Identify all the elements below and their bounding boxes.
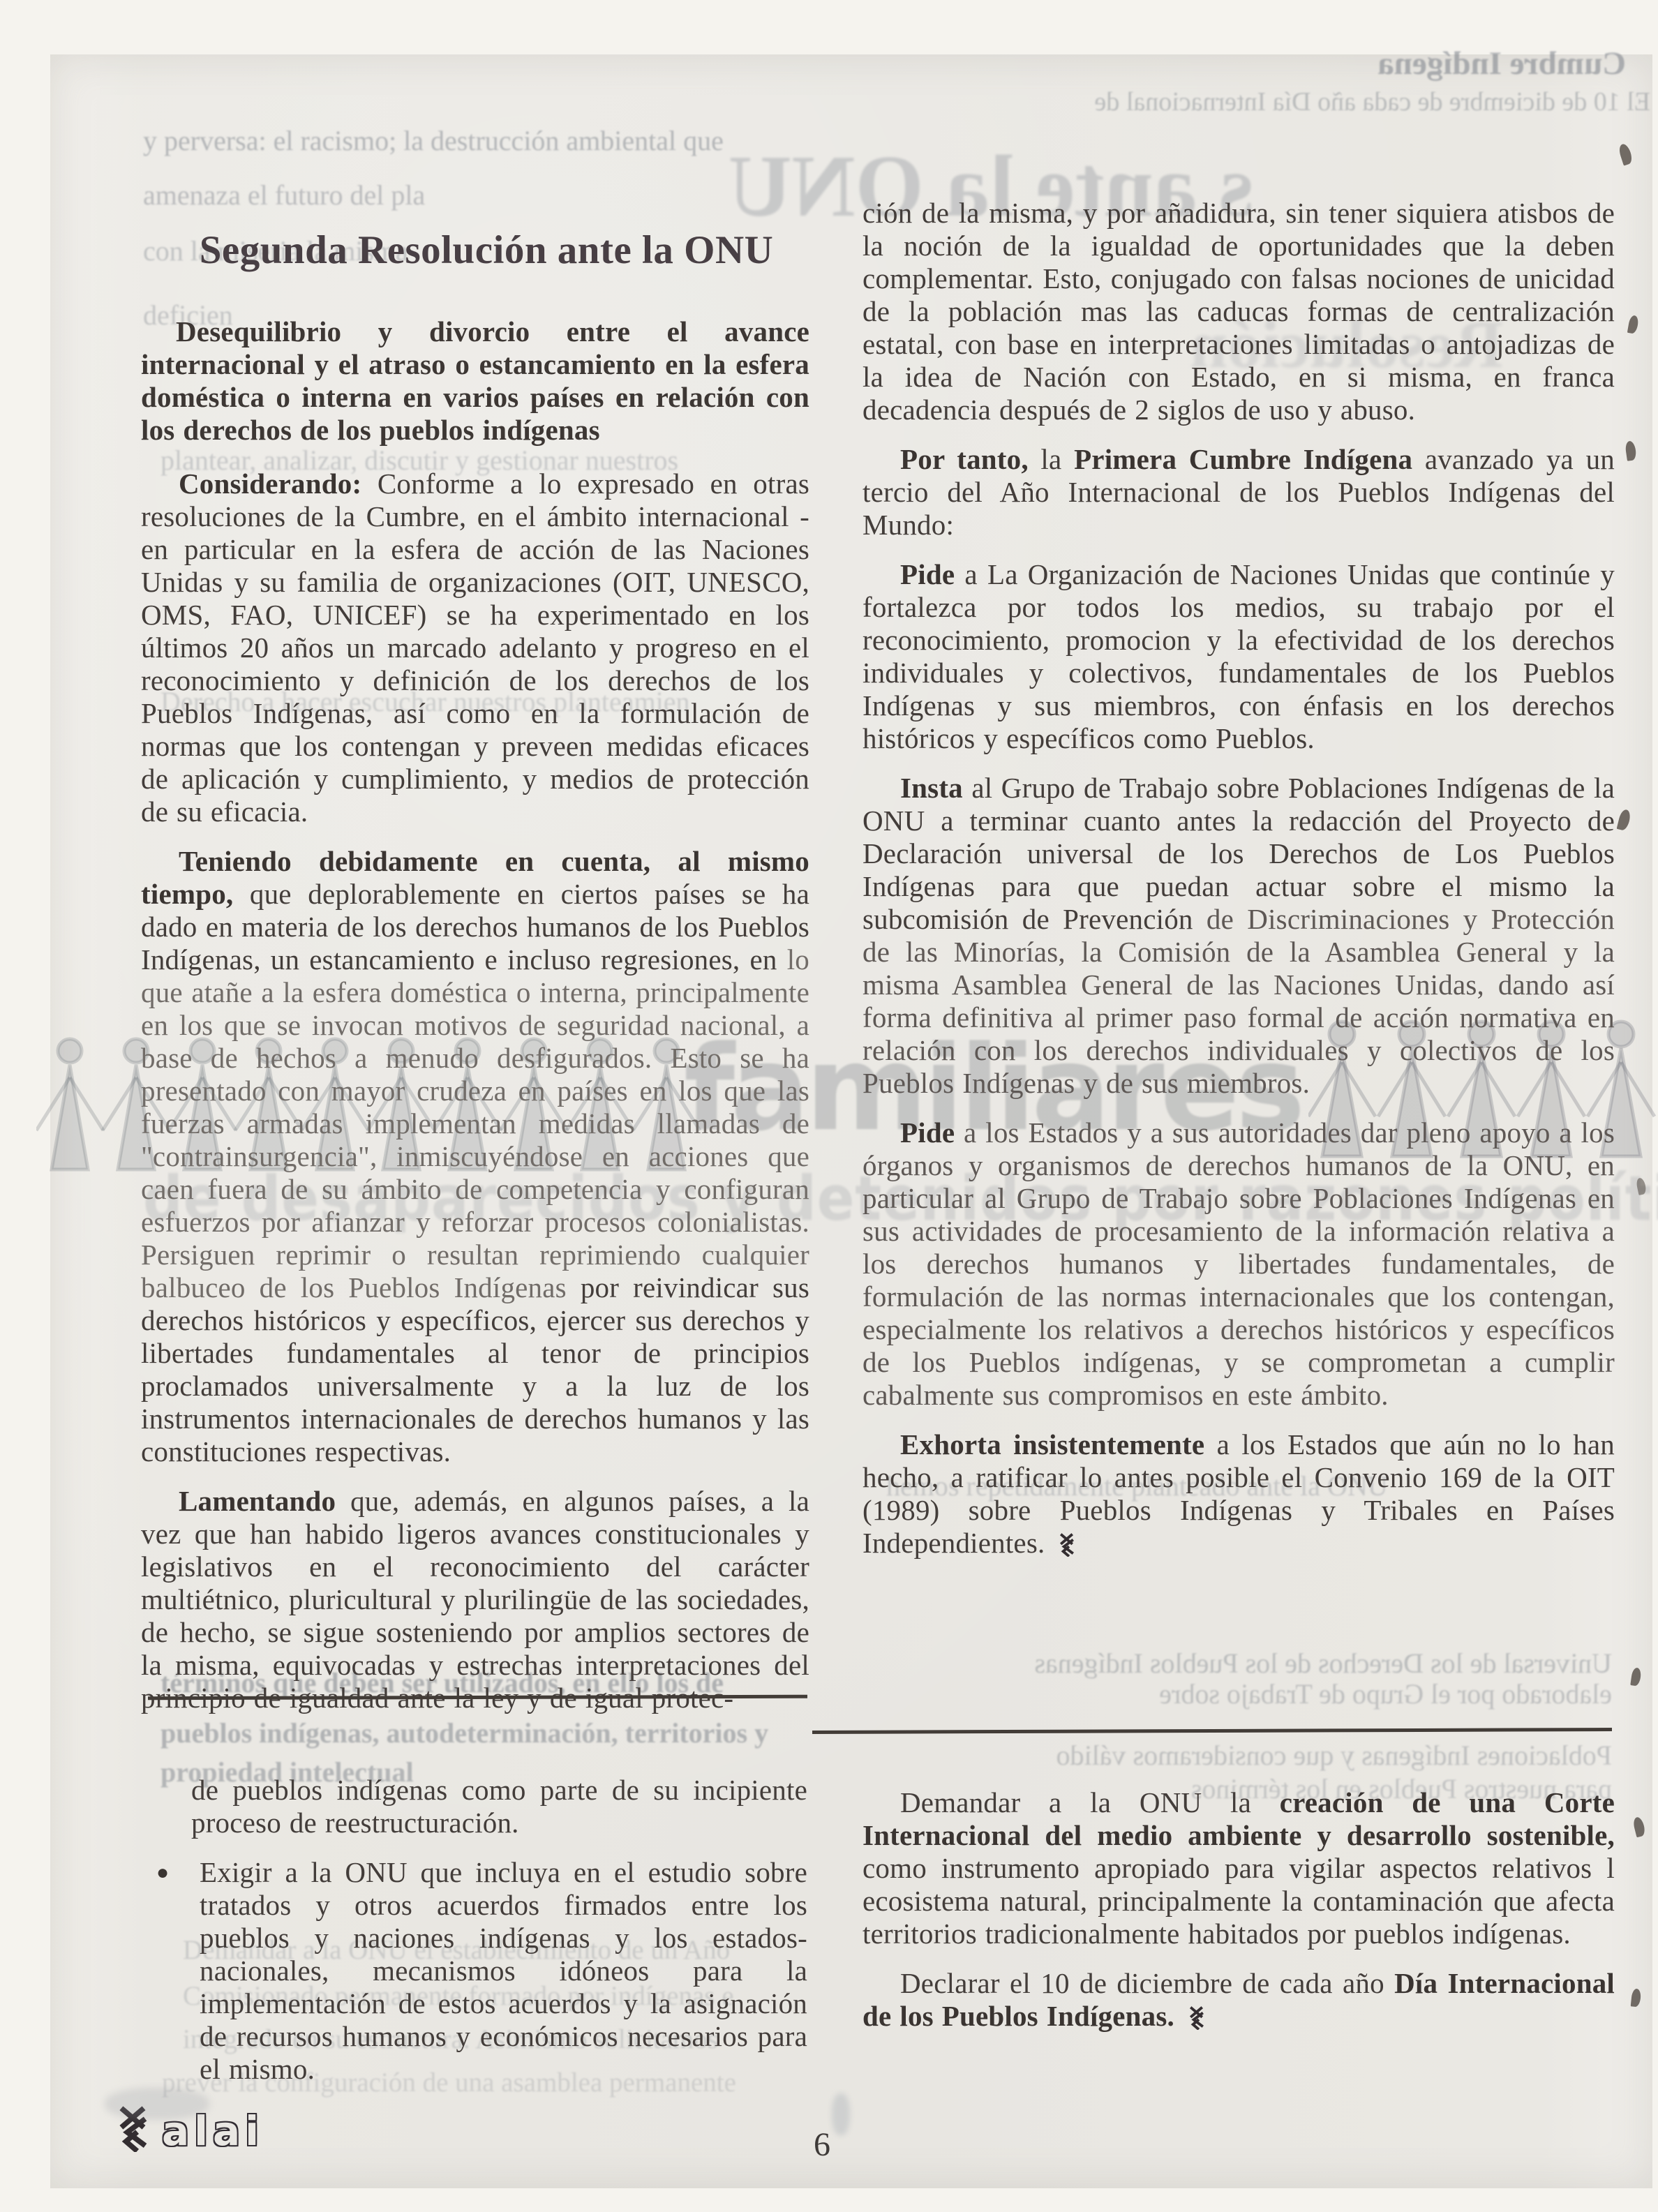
- right-column-bottom: Demandar a la ONU la creación de una Cor…: [862, 1786, 1615, 2049]
- text-segment: Declarar el 10 de diciembre de cada año: [900, 1967, 1394, 1999]
- article-title: Segunda Resolución ante la ONU: [141, 227, 832, 273]
- text-segment: que deplorablemente en ciertos países se…: [141, 878, 809, 976]
- paragraph: Pide a los Estados y a sus autoridades d…: [862, 1116, 1615, 1412]
- text-segment: ción de la misma, y por añadidura, sin t…: [862, 197, 1615, 426]
- alai-bird-icon: [1054, 1533, 1078, 1557]
- paragraph: Exhorta insistentemente a los Estados qu…: [862, 1428, 1615, 1560]
- scanned-document-page: y perversa: el racismo; la destrucción a…: [0, 0, 1658, 2212]
- paragraph: Demandar a la ONU la creación de una Cor…: [862, 1786, 1615, 1950]
- text-segment: Pide: [900, 558, 955, 590]
- text-segment: Conforme a lo expresado en otras resoluc…: [141, 468, 809, 828]
- text-segment: Pide: [900, 1116, 955, 1149]
- bleedthrough-line: El 10 de diciembre de cada año Día Inter…: [876, 87, 1650, 117]
- text-segment: Considerando:: [179, 468, 361, 500]
- left-column: Desequilibrio y divorcio entre el avance…: [141, 315, 809, 1731]
- page-number: 6: [814, 2125, 830, 2164]
- text-segment: Insta: [900, 772, 963, 804]
- text-segment: de pueblos indígenas como parte de su in…: [191, 1774, 807, 1839]
- ink-smudge: [832, 2093, 850, 2135]
- paragraph: Insta al Grupo de Trabajo sobre Poblacio…: [862, 772, 1615, 1100]
- text-segment: que, además, en algunos países, a la vez…: [141, 1485, 809, 1714]
- text-segment: Exhorta insistentemente: [900, 1428, 1204, 1460]
- text-segment: Exigir a la ONU que incluya en el estudi…: [200, 1856, 807, 2085]
- bleedthrough-line: elaborado por el Grupo de Trabajo sobre: [872, 1677, 1612, 1710]
- text-segment: Primera Cumbre Indígena: [1074, 443, 1412, 475]
- left-column-body: Considerando: Conforme a lo expresado en…: [141, 468, 809, 1714]
- paragraph: Declarar el 10 de diciembre de cada año …: [862, 1967, 1615, 2033]
- paragraph: Teniendo debidamente en cuenta, al mismo…: [141, 845, 809, 1468]
- paragraph: ción de la misma, y por añadidura, sin t…: [862, 197, 1615, 426]
- text-segment: la: [1029, 443, 1074, 475]
- paragraph: de pueblos indígenas como parte de su in…: [191, 1774, 807, 1839]
- article-subtitle: Desequilibrio y divorcio entre el avance…: [141, 315, 809, 447]
- left-column-bottom: de pueblos indígenas como parte de su in…: [155, 1774, 807, 2102]
- text-segment: Por tanto,: [900, 443, 1029, 475]
- paragraph: Pide a La Organización de Naciones Unida…: [862, 558, 1615, 755]
- text-segment: a los Estados y a sus autoridades dar pl…: [862, 1116, 1615, 1411]
- bleedthrough-line: amenaza el futuro del pla: [143, 179, 425, 211]
- text-segment: como instrumento apropiado para vigilar …: [862, 1852, 1615, 1950]
- right-column: ción de la misma, y por añadidura, sin t…: [862, 197, 1615, 1576]
- text-segment: a La Organización de Naciones Unidas que…: [862, 558, 1615, 754]
- paragraph: ●Exigir a la ONU que incluya en el estud…: [155, 1856, 807, 2086]
- paragraph: Considerando: Conforme a lo expresado en…: [141, 468, 809, 828]
- bleedthrough-line: Universal de los Derechos de los Pueblos…: [872, 1647, 1612, 1680]
- bleedthrough-line: Poblaciones Indígenas y que consideramos…: [872, 1739, 1612, 1772]
- paragraph: Lamentando que, además, en algunos paíse…: [141, 1485, 809, 1714]
- text-segment: lo que atañe a la esfera doméstica o int…: [141, 943, 809, 1303]
- text-segment: Lamentando: [179, 1485, 336, 1517]
- ink-smudge: [105, 2088, 209, 2120]
- paragraph: Por tanto, la Primera Cumbre Indígena av…: [862, 443, 1615, 541]
- bleedthrough-section-title: Cumbre Indígena: [1298, 45, 1626, 82]
- alai-bird-icon: [1184, 2006, 1208, 2030]
- text-segment: Demandar a la ONU la: [900, 1786, 1280, 1818]
- bullet-icon: ●: [156, 1856, 169, 1889]
